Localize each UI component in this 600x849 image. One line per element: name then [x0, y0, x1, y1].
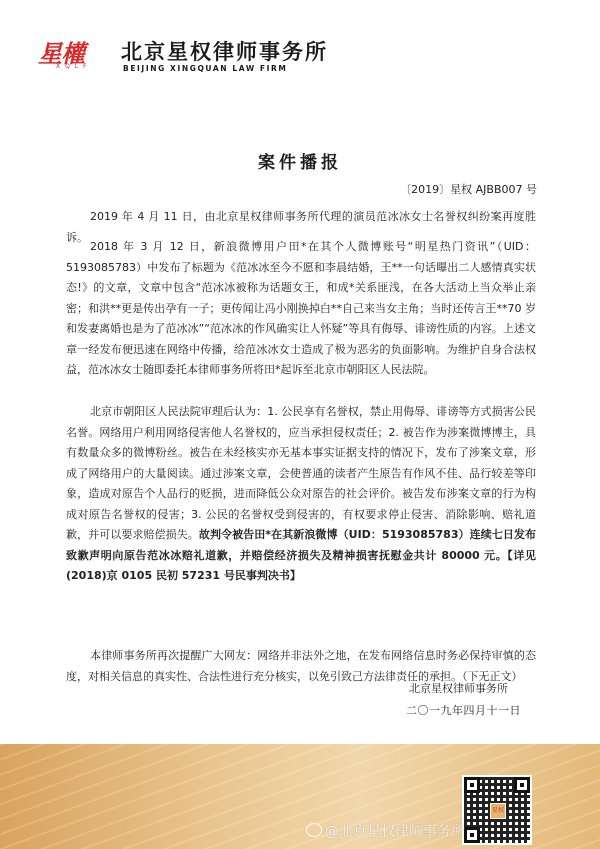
ruling-reasoning: 北京市朝阳区人民法院审理后认为：1. 公民享有名誉权，禁止用侮辱、诽谤等方式损害… — [66, 405, 536, 541]
paragraph-ruling: 北京市朝阳区人民法院审理后认为：1. 公民享有名誉权，禁止用侮辱、诽谤等方式损害… — [66, 402, 536, 587]
paragraph-facts: 2018 年 3 月 12 日，新浪微博用户田*在其个人微博账号“明星热门资讯”… — [66, 237, 536, 381]
qr-logo: 星权 — [490, 803, 506, 819]
weibo-icon — [306, 823, 322, 837]
qr-finder — [464, 827, 480, 843]
case-number: 〔2019〕星权 AJBB007 号 — [400, 181, 537, 197]
document-title: 案件播报 — [0, 148, 600, 173]
signature-date: 二〇一九年四月十一日 — [406, 702, 521, 718]
firm-name-cn: 北京星权律师事务所 — [121, 36, 328, 66]
letterhead: 星權 XQLF 北京星权律师事务所 BEIJING XINGQUAN LAW F… — [0, 0, 600, 100]
qr-finder — [514, 777, 530, 793]
signature-firm: 北京星权律师事务所 — [409, 680, 508, 696]
firm-name-en: BEIJING XINGQUAN LAW FIRM — [123, 64, 287, 73]
firm-logo-sub: XQLF — [56, 63, 92, 70]
qr-code[interactable]: 星权 — [462, 775, 532, 845]
watermark-text: @北京星权律师事务所 — [325, 824, 465, 840]
weibo-watermark: @北京星权律师事务所 — [306, 821, 465, 841]
qr-finder — [464, 777, 480, 793]
firm-logo: 星權 — [38, 34, 118, 64]
